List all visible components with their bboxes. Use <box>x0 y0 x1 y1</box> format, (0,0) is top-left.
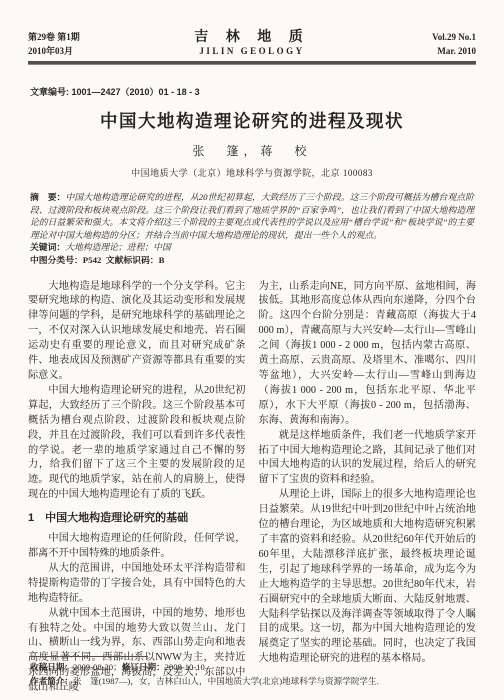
article-id: 文章编号: 1001—2427（2010）01 - 18 - 3 <box>30 85 504 98</box>
body-paragraph: 中国大地构造理论研究的进程，从20世纪初算起，大致经历了三个阶段。这三个阶段基本… <box>28 384 246 503</box>
body-paragraph: 就是这样地质条件，我们老一代地质学家开拓了中国大地构造理论之路，其间记录了他们对… <box>259 429 477 489</box>
journal-title-en: JILIN GEOLOGY <box>138 45 366 58</box>
author-bio-line: 作者简介：张 篷(1987—)，女，吉林白山人，中国地质大学(北京)地球科学与资… <box>30 675 474 689</box>
body-paragraph: 从大的范围讲，中国地处环太平洋构造带和特提斯构造带的丁字接合处，具有中国特色的大… <box>28 562 246 607</box>
revised-label: 修订日期： <box>122 662 165 672</box>
volume-issue-en: Vol.29 No.1 <box>366 30 476 44</box>
header-volume-issue-cn: 第29卷 第1期 2010年03月 <box>28 30 138 58</box>
received-date: 2009-08-20； <box>73 662 122 672</box>
volume-issue-cn: 第29卷 第1期 <box>28 30 138 44</box>
keywords-label: 关键词： <box>30 242 65 252</box>
affiliation: 中国地质大学（北京）地球科学与资源学院，北京 100083 <box>0 166 504 179</box>
section-1-heading: 1 中国大地构造理论研究的基础 <box>28 511 246 526</box>
body-paragraph-continuation: 为主，山系走向NE，同方向平原、盆地相间，海拔低。其地形高度总体从西向东递降，分… <box>259 280 477 429</box>
revised-date: 2009-10-10 <box>165 662 205 672</box>
journal-page: 第29卷 第1期 2010年03月 吉 林 地 质 JILIN GEOLOGY … <box>0 0 504 700</box>
footnote-rule <box>30 656 148 657</box>
date-en: Mar. 2010 <box>366 44 476 58</box>
body-paragraph: 大地构造是地球科学的一个分支学科。它主要研究地球的构造、演化及其运动变形和发展规… <box>28 280 246 384</box>
left-column: 大地构造是地球科学的一个分支学科。它主要研究地球的构造、演化及其运动变形和发展规… <box>28 280 246 696</box>
abstract-block: 摘 要：中国大地构造理论研究的进程，从20世纪初算起，大致经历了三个阶段。这三个… <box>30 191 474 267</box>
footnote-block: 收稿日期：2009-08-20；修订日期：2009-10-10 作者简介：张 篷… <box>30 656 474 688</box>
abstract-text: 中国大地构造理论研究的进程，从20世纪初算起，大致经历了三个阶段。这三个阶段可概… <box>30 192 474 240</box>
journal-name-block: 吉 林 地 质 JILIN GEOLOGY <box>138 30 366 58</box>
abstract-paragraph: 摘 要：中国大地构造理论研究的进程，从20世纪初算起，大致经历了三个阶段。这三个… <box>30 191 474 241</box>
journal-title-cn: 吉 林 地 质 <box>138 30 366 45</box>
header-rule <box>28 61 476 65</box>
right-column: 为主，山系走向NE，同方向平原、盆地相间，海拔低。其地形高度总体从西向东递降，分… <box>259 280 477 696</box>
clc-value: P542 <box>83 255 102 265</box>
received-label: 收稿日期： <box>30 662 73 672</box>
author-bio-label: 作者简介： <box>30 676 73 686</box>
date-cn: 2010年03月 <box>28 44 138 58</box>
body-columns: 大地构造是地球科学的一个分支学科。它主要研究地球的构造、演化及其运动变形和发展规… <box>28 280 476 696</box>
keywords-text: 大地构造理论；进程；中国 <box>65 242 171 252</box>
abstract-label: 摘 要： <box>30 192 66 202</box>
doc-code-label: 文献标识码： <box>106 255 159 265</box>
author-bio-text: 张 篷(1987—)，女，吉林白山人，中国地质大学(北京)地球科学与资源学院学生… <box>73 676 379 686</box>
header-volume-issue-en: Vol.29 No.1 Mar. 2010 <box>366 30 476 58</box>
keywords-line: 关键词：大地构造理论；进程；中国 <box>30 241 474 254</box>
body-paragraph: 中国大地构造理论的任何阶段，任何学说，都离不开中国特殊的地质条件。 <box>28 532 246 562</box>
body-paragraph: 从理论上讲，国际上的很多大地构造理论也日益繁荣。从19世纪中叶到20世纪中叶占统… <box>259 488 477 667</box>
clc-label: 中图分类号： <box>30 255 83 265</box>
authors: 张 篷，蒋 校 <box>0 142 504 159</box>
classification-line: 中图分类号：P542 文献标识码：B <box>30 254 474 267</box>
page-title: 中国大地构造理论研究的进程及现状 <box>28 110 476 132</box>
journal-header: 第29卷 第1期 2010年03月 吉 林 地 质 JILIN GEOLOGY … <box>28 30 476 58</box>
doc-code-value: B <box>159 255 165 265</box>
received-revised-line: 收稿日期：2009-08-20；修订日期：2009-10-10 <box>30 661 474 675</box>
